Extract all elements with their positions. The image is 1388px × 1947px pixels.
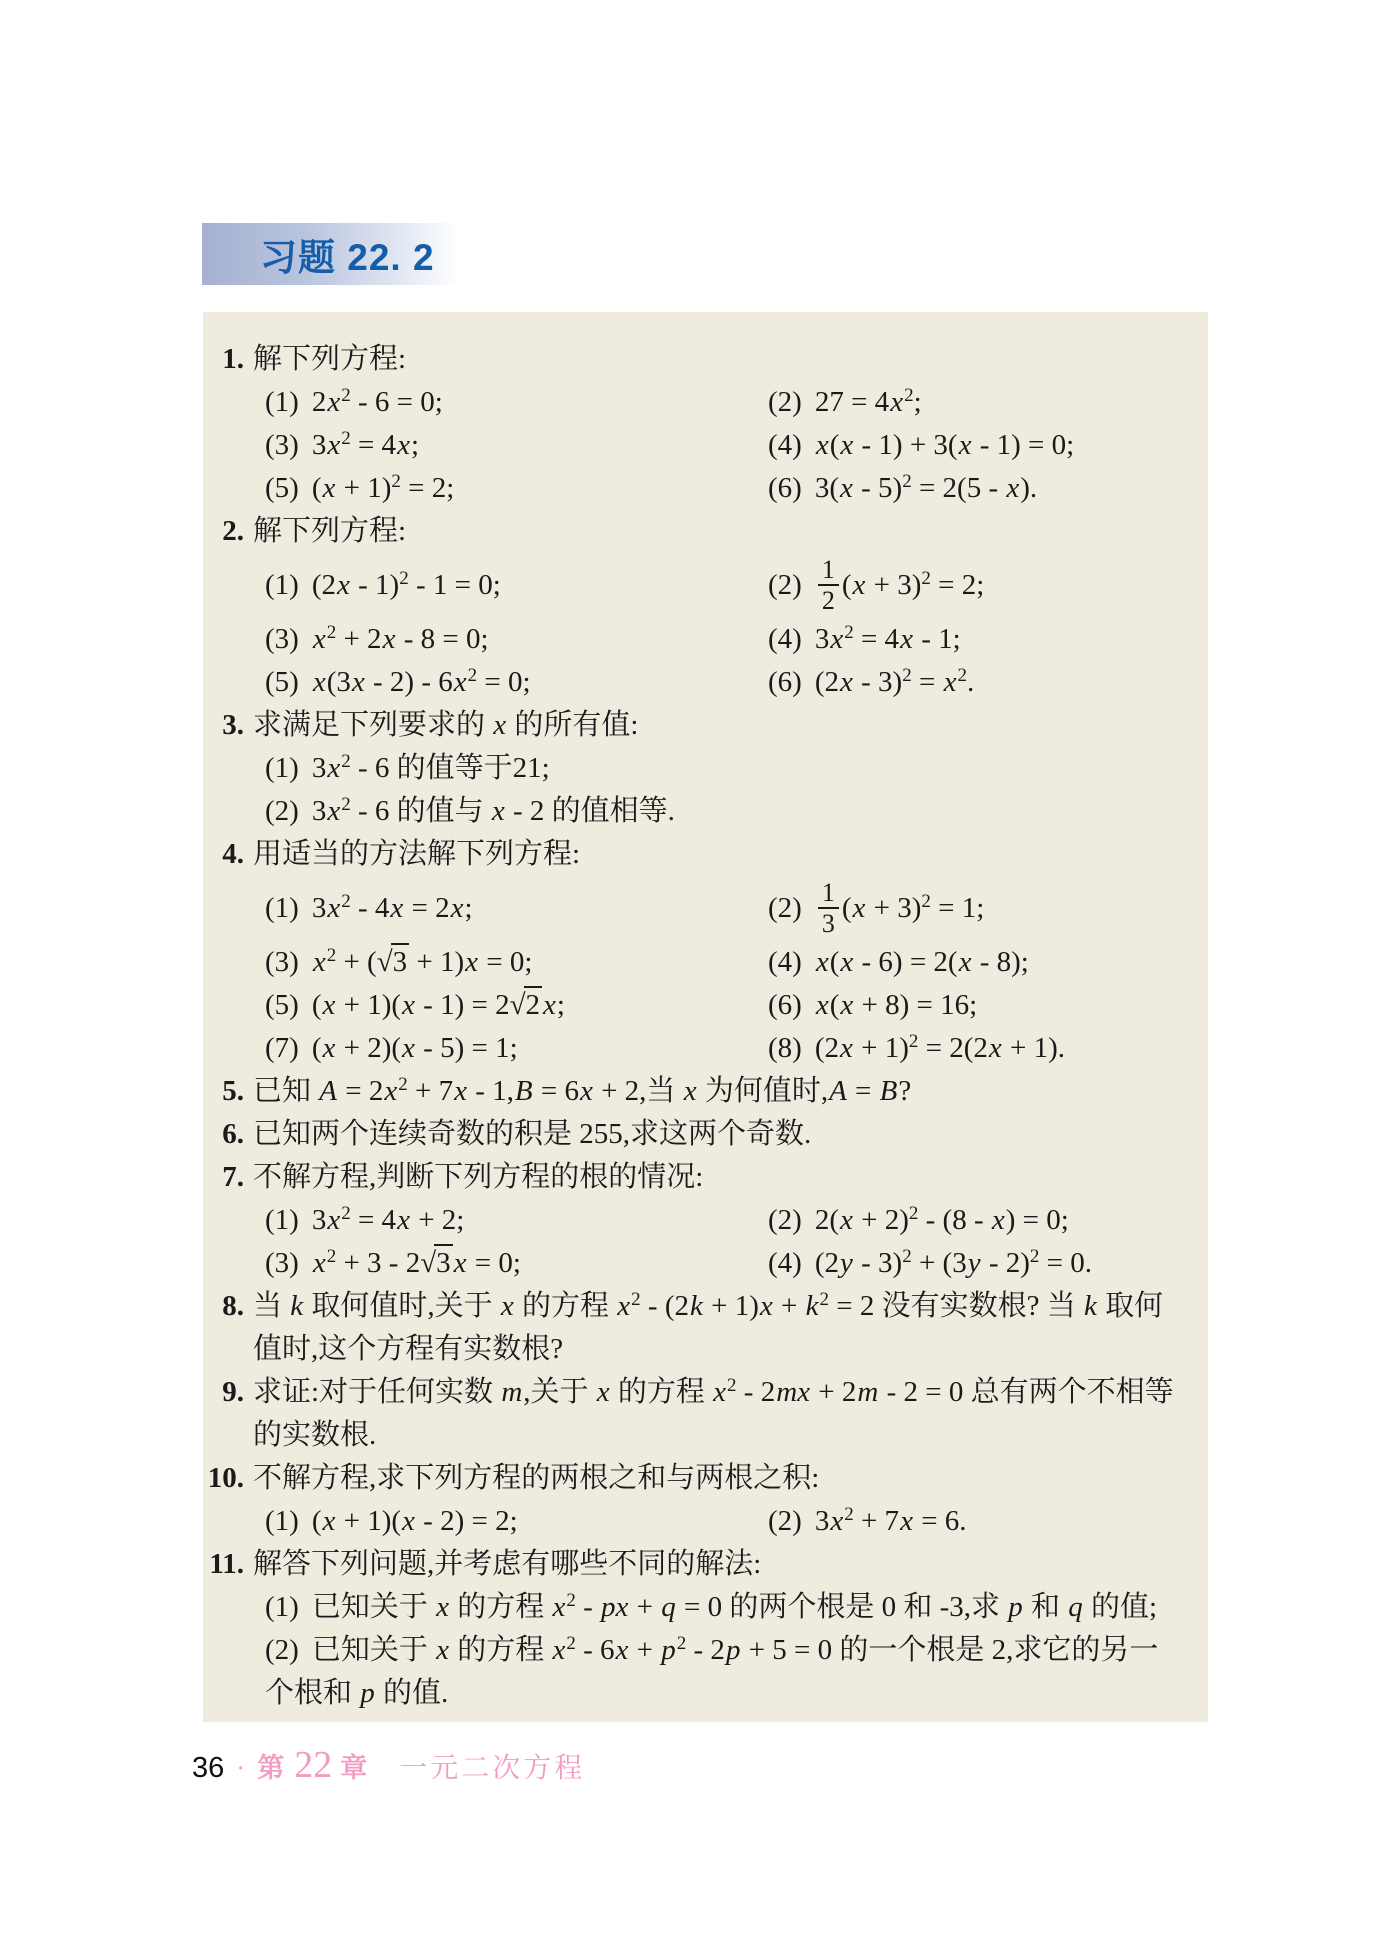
exercise-title: 习题 22. 2	[202, 227, 435, 281]
problem-item: (1)3x2 - 4x = 2x;	[265, 887, 768, 930]
problem: 10.不解方程,求下列方程的两根之和与两根之积:(1)(x + 1)(x - 2…	[203, 1457, 1184, 1543]
problem-item: (1)3x2 - 6 的值等于21;	[265, 747, 1184, 790]
item-label: (6)	[768, 472, 802, 504]
item-math: 3x2 = 4x;	[312, 429, 419, 461]
item-label: (3)	[265, 946, 299, 978]
math-exponent: 2	[677, 1633, 687, 1654]
chapter-number: 22	[294, 1743, 332, 1787]
problem-items: (1)已知关于 x 的方程 x2 - px + q = 0 的两个根是 0 和 …	[253, 1586, 1184, 1715]
math-variable: x	[326, 892, 341, 924]
problem-items: (1)2x2 - 6 = 0;(2)27 = 4x2;(3)3x2 = 4x;(…	[253, 381, 1184, 510]
math-variable: B	[879, 1075, 899, 1107]
math-sqrt: √2	[510, 986, 542, 1021]
math-variable: x	[435, 1634, 450, 1666]
problem-body: 解答下列问题,并考虑有哪些不同的解法:(1)已知关于 x 的方程 x2 - px…	[253, 1543, 1184, 1715]
math-variable: x	[839, 989, 854, 1021]
math-exponent: 2	[921, 568, 931, 589]
math-variable: x	[312, 1247, 327, 1279]
math-variable: x	[839, 1204, 854, 1236]
item-math: (2y - 3)2 + (3y - 2)2 = 0.	[815, 1247, 1092, 1279]
math-variable: x	[464, 946, 479, 978]
math-variable: x	[322, 989, 337, 1021]
math-exponent: 2	[341, 751, 351, 772]
math-fraction: 12	[818, 556, 839, 615]
math-exponent: 2	[341, 428, 351, 449]
problem-number: 11.	[203, 1543, 253, 1715]
item-math: 3x2 - 6 的值等于21;	[312, 752, 550, 784]
item-math: x(x - 6) = 2(x - 8);	[815, 946, 1029, 978]
problem-item: (4)x(x - 6) = 2(x - 8);	[768, 941, 1184, 984]
problem-item: (2)12(x + 3)2 = 2;	[768, 553, 1184, 618]
item-label: (2)	[768, 1505, 802, 1537]
problem-item: (6)x(x + 8) = 16;	[768, 984, 1184, 1027]
math-variable: k	[689, 1290, 704, 1322]
problem-statement: 求证:对于任何实数 m,关于 x 的方程 x2 - 2mx + 2m - 2 =…	[253, 1371, 1184, 1457]
math-variable: x	[382, 623, 397, 655]
math-variable: x	[396, 429, 411, 461]
item-label: (3)	[265, 429, 299, 461]
problem-item: (5)x(3x - 2) - 6x2 = 0;	[265, 661, 768, 704]
item-label: (7)	[265, 1032, 299, 1064]
problem: 5.已知 A = 2x2 + 7x - 1,B = 6x + 2,当 x 为何值…	[203, 1070, 1184, 1113]
item-label: (2)	[768, 1204, 802, 1236]
math-variable: x	[852, 892, 867, 924]
math-variable: x	[852, 569, 867, 601]
problem-item: (3)x2 + 2x - 8 = 0;	[265, 618, 768, 661]
math-variable: x	[322, 1032, 337, 1064]
item-math: 3(x - 5)2 = 2(5 - x).	[815, 472, 1037, 504]
sqrt-radicand: 3	[434, 1244, 453, 1279]
sqrt-radicand: 2	[524, 986, 543, 1021]
math-exponent: 2	[341, 1203, 351, 1224]
math-variable: x	[839, 666, 854, 698]
problem-statement: 不解方程,求下列方程的两根之和与两根之积:	[253, 1457, 1184, 1500]
math-variable: x	[1005, 472, 1020, 504]
problem-item: (1)2x2 - 6 = 0;	[265, 381, 768, 424]
math-variable: x	[326, 429, 341, 461]
math-exponent: 2	[844, 622, 854, 643]
item-math: x2 + 2x - 8 = 0;	[312, 623, 489, 655]
item-label: (1)	[265, 1505, 299, 1537]
fraction-denominator: 3	[818, 909, 839, 937]
fraction-denominator: 2	[818, 586, 839, 614]
item-math: 13(x + 3)2 = 1;	[815, 892, 984, 924]
math-variable: x	[326, 795, 341, 827]
math-exponent: 2	[327, 945, 337, 966]
math-exponent: 2	[341, 891, 351, 912]
math-variable: k	[805, 1290, 820, 1322]
math-exponent: 2	[921, 891, 931, 912]
math-fraction: 13	[818, 879, 839, 938]
item-label: (1)	[265, 386, 299, 418]
item-label: (4)	[768, 946, 802, 978]
math-variable: x	[839, 946, 854, 978]
item-math: 3x2 = 4x - 1;	[815, 623, 961, 655]
math-variable: x	[396, 1204, 411, 1236]
math-variable: p	[660, 1634, 677, 1666]
math-variable: q	[660, 1591, 677, 1623]
item-label: (3)	[265, 1247, 299, 1279]
math-variable: x	[326, 1204, 341, 1236]
math-variable: x	[616, 1290, 631, 1322]
math-variable: x	[450, 892, 465, 924]
item-math: x2 + (√3 + 1)x = 0;	[312, 946, 533, 978]
math-exponent: 2	[1030, 1246, 1040, 1267]
math-exponent: 2	[902, 1246, 912, 1267]
math-variable: x	[383, 1075, 398, 1107]
problem: 3.求满足下列要求的 x 的所有值:(1)3x2 - 6 的值等于21;(2)3…	[203, 704, 1184, 833]
page-footer: 36 · 第 22 章 一元二次方程	[192, 1743, 585, 1787]
item-math: (x + 1)(x - 1) = 2√2x;	[312, 986, 565, 1021]
exercise-header-band: 习题 22. 2	[202, 223, 459, 285]
item-label: (1)	[265, 1204, 299, 1236]
item-label: (1)	[265, 1591, 299, 1623]
math-exponent: 2	[566, 1633, 576, 1654]
math-exponent: 2	[341, 794, 351, 815]
math-exponent: 2	[468, 665, 478, 686]
problem-item: (1)(2x - 1)2 - 1 = 0;	[265, 564, 768, 607]
problem-number: 4.	[203, 833, 253, 1070]
problem-number: 8.	[203, 1285, 253, 1371]
problem: 9.求证:对于任何实数 m,关于 x 的方程 x2 - 2mx + 2m - 2…	[203, 1371, 1184, 1457]
problem: 2.解下列方程:(1)(2x - 1)2 - 1 = 0;(2)12(x + 3…	[203, 510, 1184, 704]
math-variable: x	[615, 1634, 630, 1666]
problems-panel: 1.解下列方程:(1)2x2 - 6 = 0;(2)27 = 4x2;(3)3x…	[203, 312, 1208, 1722]
problem: 1.解下列方程:(1)2x2 - 6 = 0;(2)27 = 4x2;(3)3x…	[203, 338, 1184, 510]
math-exponent: 2	[566, 1590, 576, 1611]
math-variable: x	[322, 1505, 337, 1537]
problem-statement: 用适当的方法解下列方程:	[253, 833, 1184, 876]
sqrt-sign: √	[510, 989, 524, 1021]
problem-statement: 解答下列问题,并考虑有哪些不同的解法:	[253, 1543, 1184, 1586]
math-variable: A	[828, 1075, 848, 1107]
problem-items: (1)3x2 - 4x = 2x;(2)13(x + 3)2 = 1;(3)x2…	[253, 876, 1184, 1070]
math-variable: x	[312, 666, 327, 698]
problem-body: 不解方程,求下列方程的两根之和与两根之积:(1)(x + 1)(x - 2) =…	[253, 1457, 1184, 1543]
math-variable: k	[1083, 1290, 1098, 1322]
math-exponent: 2	[391, 471, 401, 492]
problem-body: 求满足下列要求的 x 的所有值:(1)3x2 - 6 的值等于21;(2)3x2…	[253, 704, 1184, 833]
problem-body: 求证:对于任何实数 m,关于 x 的方程 x2 - 2mx + 2m - 2 =…	[253, 1371, 1184, 1457]
chapter-suffix: 章	[340, 1746, 369, 1785]
math-variable: x	[991, 1204, 1006, 1236]
item-math: (2x - 1)2 - 1 = 0;	[312, 569, 501, 601]
math-variable: x	[435, 1591, 450, 1623]
item-math: 3x2 + 7x = 6.	[815, 1505, 967, 1537]
item-math: 3x2 = 4x + 2;	[312, 1204, 465, 1236]
problem-body: 不解方程,判断下列方程的根的情况:(1)3x2 = 4x + 2;(2)2(x …	[253, 1156, 1184, 1285]
problem-item: (4)x(x - 1) + 3(x - 1) = 0;	[768, 424, 1184, 467]
chapter-title: 一元二次方程	[399, 1746, 585, 1786]
problem-item: (6)(2x - 3)2 = x2.	[768, 661, 1184, 704]
item-math: 3x2 - 6 的值与 x - 2 的值相等.	[312, 795, 675, 827]
math-variable: x	[326, 752, 341, 784]
math-variable: x	[401, 989, 416, 1021]
math-exponent: 2	[727, 1375, 737, 1396]
math-exponent: 2	[327, 622, 337, 643]
problem: 4.用适当的方法解下列方程:(1)3x2 - 4x = 2x;(2)13(x +…	[203, 833, 1184, 1070]
math-variable: x	[596, 1376, 611, 1408]
math-variable: q	[1067, 1591, 1084, 1623]
problem-number: 2.	[203, 510, 253, 704]
math-variable: x	[401, 1032, 416, 1064]
math-exponent: 2	[844, 1504, 854, 1525]
item-label: (2)	[768, 386, 802, 418]
problem-statement: 求满足下列要求的 x 的所有值:	[253, 704, 1184, 747]
item-math: (x + 2)(x - 5) = 1;	[312, 1032, 518, 1064]
problem-item: (1)(x + 1)(x - 2) = 2;	[265, 1500, 768, 1543]
problem-item: (2)已知关于 x 的方程 x2 - 6x + p2 - 2p + 5 = 0 …	[265, 1629, 1184, 1715]
page-number: 36	[192, 1752, 224, 1785]
item-label: (4)	[768, 1247, 802, 1279]
item-math: x2 + 3 - 2√3x = 0;	[312, 1247, 521, 1279]
item-label: (4)	[768, 623, 802, 655]
item-math: 2x2 - 6 = 0;	[312, 386, 443, 418]
math-variable: y	[967, 1247, 982, 1279]
item-math: 27 = 4x2;	[815, 386, 922, 418]
math-variable: px	[600, 1591, 629, 1623]
math-variable: x	[500, 1290, 515, 1322]
item-label: (3)	[265, 623, 299, 655]
math-variable: B	[514, 1075, 534, 1107]
math-variable: x	[336, 569, 351, 601]
problem-statement: 已知 A = 2x2 + 7x - 1,B = 6x + 2,当 x 为何值时,…	[253, 1070, 1184, 1113]
problem-statement: 已知两个连续奇数的积是 255,求这两个奇数.	[253, 1113, 1184, 1156]
item-label: (1)	[265, 892, 299, 924]
math-variable: x	[389, 892, 404, 924]
problem-item: (4)3x2 = 4x - 1;	[768, 618, 1184, 661]
problem-item: (5)(x + 1)(x - 1) = 2√2x;	[265, 984, 768, 1027]
math-variable: x	[958, 429, 973, 461]
math-variable: x	[551, 1634, 566, 1666]
item-label: (8)	[768, 1032, 802, 1064]
math-variable: x	[492, 709, 507, 741]
problem-number: 10.	[203, 1457, 253, 1543]
math-variable: x	[899, 623, 914, 655]
problem-item: (6)3(x - 5)2 = 2(5 - x).	[768, 467, 1184, 510]
math-variable: x	[453, 1247, 468, 1279]
math-variable: x	[453, 666, 468, 698]
math-variable: x	[401, 1505, 416, 1537]
math-variable: y	[839, 1247, 854, 1279]
item-label: (5)	[265, 666, 299, 698]
sqrt-radicand: 3	[391, 943, 410, 978]
math-variable: x	[453, 1075, 468, 1107]
math-exponent: 2	[902, 471, 912, 492]
math-variable: x	[829, 1505, 844, 1537]
math-variable: p	[359, 1677, 376, 1709]
problem-number: 9.	[203, 1371, 253, 1457]
math-variable: x	[312, 946, 327, 978]
problem-item: (8)(2x + 1)2 = 2(2x + 1).	[768, 1027, 1184, 1070]
math-variable: x	[958, 946, 973, 978]
problem-item: (2)27 = 4x2;	[768, 381, 1184, 424]
problem: 6.已知两个连续奇数的积是 255,求这两个奇数.	[203, 1113, 1184, 1156]
math-variable: x	[839, 429, 854, 461]
item-label: (1)	[265, 569, 299, 601]
math-variable: p	[725, 1634, 742, 1666]
item-math: (x + 1)2 = 2;	[312, 472, 454, 504]
problem-items: (1)(x + 1)(x - 2) = 2;(2)3x2 + 7x = 6.	[253, 1500, 1184, 1543]
item-label: (2)	[265, 1634, 299, 1666]
problem-body: 已知两个连续奇数的积是 255,求这两个奇数.	[253, 1113, 1184, 1156]
problem-statement: 不解方程,判断下列方程的根的情况:	[253, 1156, 1184, 1199]
problem: 8.当 k 取何值时,关于 x 的方程 x2 - (2k + 1)x + k2 …	[203, 1285, 1184, 1371]
item-label: (4)	[768, 429, 802, 461]
math-variable: x	[542, 989, 557, 1021]
math-sqrt: √3	[377, 943, 409, 978]
problem-item: (7)(x + 2)(x - 5) = 1;	[265, 1027, 768, 1070]
problem-item: (1)3x2 = 4x + 2;	[265, 1199, 768, 1242]
item-math: 2(x + 2)2 - (8 - x) = 0;	[815, 1204, 1069, 1236]
problem: 11.解答下列问题,并考虑有哪些不同的解法:(1)已知关于 x 的方程 x2 -…	[203, 1543, 1184, 1715]
math-variable: x	[839, 1032, 854, 1064]
math-variable: x	[551, 1591, 566, 1623]
math-variable: x	[491, 795, 506, 827]
item-label: (6)	[768, 666, 802, 698]
math-variable: p	[1007, 1591, 1024, 1623]
item-label: (6)	[768, 989, 802, 1021]
item-math: 3x2 - 4x = 2x;	[312, 892, 473, 924]
math-variable: mx	[775, 1376, 811, 1408]
item-math: (2x - 3)2 = x2.	[815, 666, 974, 698]
problem-number: 3.	[203, 704, 253, 833]
math-variable: x	[899, 1505, 914, 1537]
problem-items: (1)(2x - 1)2 - 1 = 0;(2)12(x + 3)2 = 2;(…	[253, 553, 1184, 704]
math-variable: x	[815, 429, 830, 461]
footer-separator: ·	[236, 1753, 245, 1784]
math-exponent: 2	[631, 1289, 641, 1310]
item-math: x(3x - 2) - 6x2 = 0;	[312, 666, 531, 698]
math-variable: x	[839, 472, 854, 504]
sqrt-sign: √	[377, 946, 391, 978]
math-exponent: 2	[341, 385, 351, 406]
problem-items: (1)3x2 = 4x + 2;(2)2(x + 2)2 - (8 - x) =…	[253, 1199, 1184, 1285]
problem-number: 7.	[203, 1156, 253, 1285]
math-exponent: 2	[398, 1074, 408, 1095]
math-variable: x	[988, 1032, 1003, 1064]
math-exponent: 2	[904, 385, 914, 406]
problem: 7.不解方程,判断下列方程的根的情况:(1)3x2 = 4x + 2;(2)2(…	[203, 1156, 1184, 1285]
item-label: (5)	[265, 989, 299, 1021]
math-variable: k	[289, 1290, 304, 1322]
problem-body: 用适当的方法解下列方程:(1)3x2 - 4x = 2x;(2)13(x + 3…	[253, 833, 1184, 1070]
math-variable: x	[712, 1376, 727, 1408]
math-variable: x	[326, 386, 341, 418]
math-variable: A	[318, 1075, 338, 1107]
problem-item: (1)已知关于 x 的方程 x2 - px + q = 0 的两个根是 0 和 …	[265, 1586, 1184, 1629]
item-label: (2)	[265, 795, 299, 827]
problem-items: (1)3x2 - 6 的值等于21;(2)3x2 - 6 的值与 x - 2 的…	[253, 747, 1184, 833]
problem-item: (3)x2 + 3 - 2√3x = 0;	[265, 1242, 768, 1285]
problem-body: 解下列方程:(1)(2x - 1)2 - 1 = 0;(2)12(x + 3)2…	[253, 510, 1184, 704]
problem-statement: 解下列方程:	[253, 338, 1184, 381]
math-sqrt: √3	[420, 1244, 452, 1279]
math-variable: m	[500, 1376, 523, 1408]
math-exponent: 2	[820, 1289, 830, 1310]
item-label: (5)	[265, 472, 299, 504]
math-exponent: 2	[909, 1203, 919, 1224]
problem-item: (4)(2y - 3)2 + (3y - 2)2 = 0.	[768, 1242, 1184, 1285]
math-variable: x	[815, 946, 830, 978]
problem-item: (2)3x2 + 7x = 6.	[768, 1500, 1184, 1543]
math-variable: x	[943, 666, 958, 698]
math-variable: m	[856, 1376, 879, 1408]
problem-body: 解下列方程:(1)2x2 - 6 = 0;(2)27 = 4x2;(3)3x2 …	[253, 338, 1184, 510]
problem-item: (2)13(x + 3)2 = 1;	[768, 876, 1184, 941]
fraction-numerator: 1	[818, 556, 839, 586]
item-label: (2)	[768, 569, 802, 601]
math-variable: x	[829, 623, 844, 655]
problem-statement: 当 k 取何值时,关于 x 的方程 x2 - (2k + 1)x + k2 = …	[253, 1285, 1184, 1371]
problem-number: 5.	[203, 1070, 253, 1113]
item-math: 已知关于 x 的方程 x2 - 6x + p2 - 2p + 5 = 0 的一个…	[265, 1634, 1158, 1709]
item-math: x(x - 1) + 3(x - 1) = 0;	[815, 429, 1074, 461]
math-exponent: 2	[902, 665, 912, 686]
item-label: (2)	[768, 892, 802, 924]
textbook-page: 习题 22. 2 1.解下列方程:(1)2x2 - 6 = 0;(2)27 = …	[0, 0, 1388, 1947]
math-exponent: 2	[399, 568, 409, 589]
problem-item: (2)3x2 - 6 的值与 x - 2 的值相等.	[265, 790, 1184, 833]
problem-item: (2)2(x + 2)2 - (8 - x) = 0;	[768, 1199, 1184, 1242]
math-variable: x	[889, 386, 904, 418]
item-label: (1)	[265, 752, 299, 784]
math-variable: x	[759, 1290, 774, 1322]
item-math: 12(x + 3)2 = 2;	[815, 569, 984, 601]
item-math: (x + 1)(x - 2) = 2;	[312, 1505, 518, 1537]
math-variable: x	[351, 666, 366, 698]
math-variable: x	[815, 989, 830, 1021]
item-math: (2x + 1)2 = 2(2x + 1).	[815, 1032, 1065, 1064]
problem-item: (3)3x2 = 4x;	[265, 424, 768, 467]
problem-body: 已知 A = 2x2 + 7x - 1,B = 6x + 2,当 x 为何值时,…	[253, 1070, 1184, 1113]
math-variable: x	[312, 623, 327, 655]
item-math: x(x + 8) = 16;	[815, 989, 977, 1021]
math-variable: x	[683, 1075, 698, 1107]
fraction-numerator: 1	[818, 879, 839, 909]
problem-number: 1.	[203, 338, 253, 510]
item-math: 已知关于 x 的方程 x2 - px + q = 0 的两个根是 0 和 -3,…	[312, 1591, 1157, 1623]
math-variable: x	[579, 1075, 594, 1107]
chapter-prefix: 第	[257, 1746, 286, 1785]
math-exponent: 2	[909, 1031, 919, 1052]
problem-body: 当 k 取何值时,关于 x 的方程 x2 - (2k + 1)x + k2 = …	[253, 1285, 1184, 1371]
math-exponent: 2	[957, 665, 967, 686]
math-variable: x	[322, 472, 337, 504]
problem-statement: 解下列方程:	[253, 510, 1184, 553]
problem-item: (3)x2 + (√3 + 1)x = 0;	[265, 941, 768, 984]
sqrt-sign: √	[420, 1247, 434, 1279]
math-exponent: 2	[327, 1246, 337, 1267]
problem-item: (5)(x + 1)2 = 2;	[265, 467, 768, 510]
problem-number: 6.	[203, 1113, 253, 1156]
